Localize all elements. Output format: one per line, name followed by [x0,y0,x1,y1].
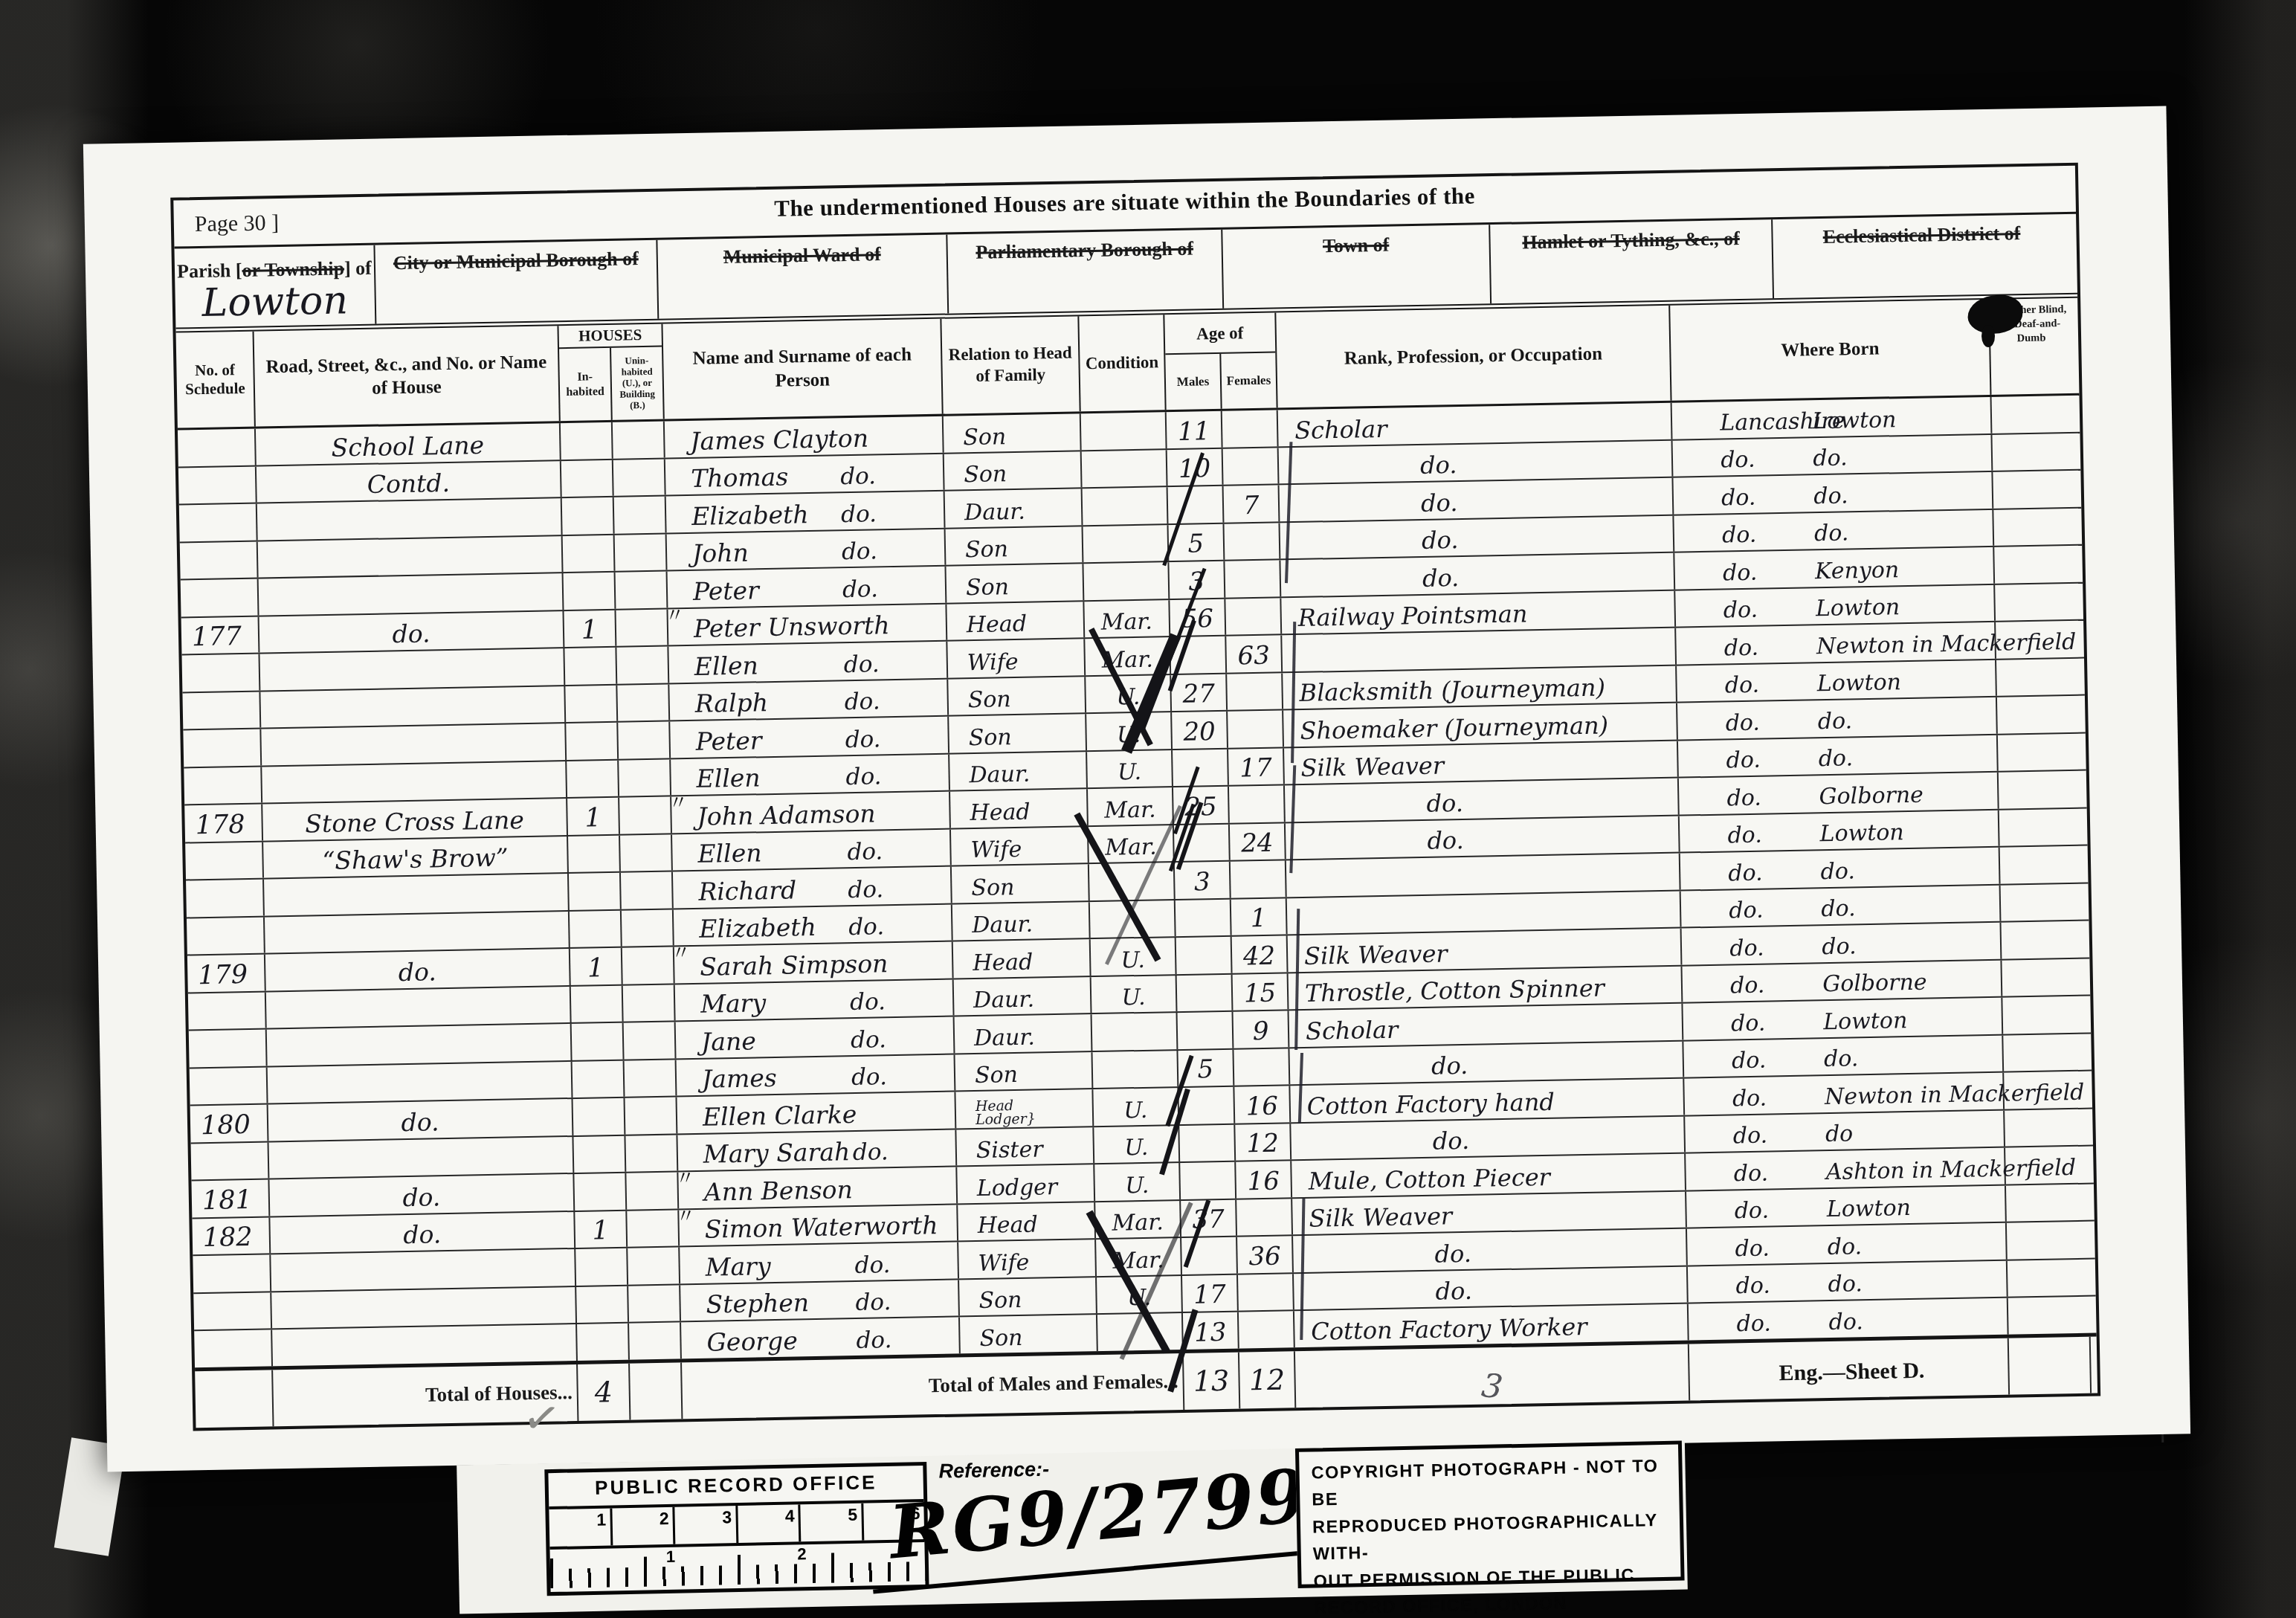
cell-age-female [1223,448,1280,485]
cell-born: do.do. [1678,735,1999,776]
cell-occupation: do. [1286,816,1680,859]
cell-name: 〃John Adamson [671,792,951,833]
cell-disability [1992,433,2074,471]
cell-road [266,986,572,1028]
cell-relation: Daur. [955,1014,1093,1053]
cell-age-male: 37 [1181,1199,1237,1237]
cell-uninhabited [626,1172,679,1209]
cell-uninhabited [617,684,670,721]
cell-relation: Wife [951,827,1089,866]
cell-occupation [1287,891,1682,934]
cell-uninhabited [616,609,668,646]
ruler-inches: 1 2 3 4 5 6 [549,1499,924,1547]
cell-road: Stone Cross Lane [262,799,568,840]
cell-disability [2001,883,2083,921]
cell-occupation: Silk Weaver [1288,929,1683,972]
margin-check-mark: ✓ [519,1390,564,1447]
cell-age-male: 3 [1169,561,1225,599]
cell-schedule: 181 [191,1179,270,1216]
cell-born: do.do. [1687,1223,2008,1265]
cell-occupation [1286,854,1681,897]
cell-born: do.do. [1688,1260,2008,1302]
cell-name: Georgedo. [681,1317,961,1358]
cell-relation: Son [959,1277,1097,1316]
ruler-cell: 3 [674,1506,738,1544]
cell-inhabited [576,1286,629,1323]
cell-relation: Head Lodger} [955,1089,1094,1128]
houses-group-label: HOUSES [558,324,662,349]
cell-condition [1092,1013,1178,1051]
cell-condition: U. [1097,1275,1183,1313]
cell-condition: Mar. [1096,1238,1182,1276]
cell-age-female: 12 [1235,1124,1291,1161]
cell-uninhabited [614,497,667,534]
cell-road [268,1061,573,1103]
cell-condition [1083,487,1169,525]
cell-disability [1992,396,2074,433]
cell-condition [1090,900,1176,938]
cell-relation: Wife [958,1240,1097,1278]
cell-relation: Daur. [949,752,1088,790]
cell-occupation [1282,628,1677,671]
cell-road [260,686,566,728]
cell-road: do. [269,1174,575,1216]
cell-road [264,874,570,915]
cell-uninhabited [627,1210,680,1247]
cell-age-male [1176,899,1232,936]
cell-name: Marydo. [675,979,955,1020]
column-header-born: Where Born [1670,300,1991,401]
census-table-frame: Page 30 ] The undermentioned Houses are … [170,163,2100,1431]
cell-condition: U. [1093,1088,1179,1126]
cell-condition: Mar. [1089,825,1175,863]
cell-age-male: 20 [1172,712,1228,749]
cell-occupation: do. [1280,478,1674,521]
column-header-schedule: No. of Schedule [176,332,256,428]
cell-occupation: Blacksmith (Journeyman) [1283,665,1677,709]
cell-occupation: do. [1285,779,1680,822]
cell-disability [1997,696,2080,734]
cell-relation: Wife [947,639,1086,677]
cell-schedule [178,466,257,503]
cell-road [261,723,567,765]
cell-age-male [1178,1012,1234,1049]
cell-relation: Son [955,1052,1094,1091]
cell-relation: Son [944,413,1082,452]
cell-disability [1999,771,2081,809]
cell-age-female: 36 [1237,1236,1294,1273]
cell-condition [1081,412,1167,450]
cell-age-female [1234,1048,1290,1086]
cell-schedule [193,1292,272,1329]
cell-uninhabited [618,721,671,758]
cell-age-female [1229,785,1286,822]
census-rows: School Lane James Clayton Son 11 Scholar… [178,396,2097,1367]
cell-schedule [191,1142,270,1179]
cell-schedule [181,579,259,616]
cell-born: do.do. [1677,697,1998,739]
age-group-label: Age of [1164,312,1275,353]
column-header-road: Road, Street, &c., and No. or Name of Ho… [254,326,561,426]
cell-born: do.do. [1673,434,1993,476]
cell-born: do.Lowton [1680,810,2000,851]
cell-name: 〃Simon Waterworth [679,1205,958,1245]
cell-relation: Son [948,677,1086,715]
column-header-condition: Condition [1079,315,1166,411]
census-page: Page 30 ] The undermentioned Houses are … [83,106,2190,1472]
cell-age-female [1227,673,1283,710]
cell-inhabited: 1 [567,798,620,835]
city-borough-cell: City or Municipal Borough of [375,240,659,324]
cell-schedule: 178 [184,805,263,842]
cell-disability [2000,846,2083,884]
cell-inhabited [563,535,616,572]
cell-relation: Head [947,602,1085,640]
cell-condition: U. [1091,976,1178,1013]
cell-occupation: do. [1280,553,1675,596]
cell-age-female: 24 [1230,823,1286,860]
cell-condition: Mar. [1085,637,1171,675]
cell-condition [1083,562,1170,600]
cell-disability [2004,1071,2086,1109]
cell-schedule [179,504,258,541]
cell-road: do. [268,1099,574,1141]
cell-age-female: 9 [1234,1011,1290,1048]
cell-age-male [1170,636,1227,674]
cell-uninhabited [625,1060,677,1097]
cell-inhabited [561,422,613,460]
cell-condition: Mar. [1095,1201,1181,1239]
cell-relation: Daur. [954,977,1092,1016]
cell-age-female [1225,598,1282,635]
cell-age-male: 25 [1173,787,1230,824]
cell-born: do.do. [1674,509,1994,551]
cell-schedule: 179 [187,955,266,992]
totals-empty [630,1362,683,1419]
cell-inhabited [567,760,619,797]
cell-born: do.Lowton [1677,660,1997,701]
cell-uninhabited [625,1097,678,1134]
totals-empty [2009,1336,2092,1394]
cell-inhabited [568,835,621,872]
cell-name: Jamesdo. [677,1054,956,1095]
cell-inhabited: 1 [564,610,616,647]
cell-age-female: 63 [1226,635,1283,672]
column-header-disability: Whether Blind, or Deaf-and-Dumb [1990,298,2073,395]
cell-inhabited [575,1248,628,1286]
cell-occupation: Railway Pointsman [1281,590,1676,634]
column-header-relation: Relation to Head of Family [941,316,1080,413]
cell-uninhabited [628,1247,680,1284]
cell-relation: Son [946,564,1084,602]
parish-value: Lowton [201,281,348,323]
cell-age-female: 16 [1234,1086,1291,1123]
column-header-houses-group: HOUSES In-habited Unin-habited (U.), or … [558,324,664,422]
cell-occupation: Scholar [1289,1004,1684,1047]
cell-born: do.Lowton [1683,998,2003,1040]
cell-occupation: Cotton Factory Worker [1294,1304,1689,1347]
cell-schedule [183,729,262,767]
cell-disability [1993,471,2075,509]
cell-age-male [1180,1162,1236,1199]
cell-occupation: do. [1294,1266,1689,1309]
column-header-males: Males [1165,354,1222,410]
cell-name: Elizabethdo. [666,491,946,532]
cell-condition: U. [1094,1126,1180,1164]
cell-schedule: 182 [192,1217,271,1254]
cell-schedule [178,429,257,466]
cell-condition [1097,1313,1184,1351]
cell-name: Ellen Clarke [677,1092,956,1133]
stamp-strip: PUBLIC RECORD OFFICE 1 2 3 4 5 6 1 2 Ref… [457,1440,1688,1614]
cell-name: Johndo. [667,529,947,570]
cell-disability [1999,808,2082,846]
cell-age-male: 3 [1175,862,1231,899]
pro-stamp-title: PUBLIC RECORD OFFICE [548,1466,923,1501]
cell-occupation: Scholar [1278,403,1673,446]
column-header-name: Name and Surname of each Person [662,319,943,419]
cell-occupation: do. [1280,515,1674,558]
cell-condition: Mar. [1084,600,1170,638]
parliamentary-borough-cell: Parliamentary Borough of [947,230,1224,314]
column-header-age-group: Age of Males Females [1164,312,1277,410]
cell-schedule [188,992,267,1029]
cell-road [267,1024,573,1066]
cell-age-female: 17 [1228,748,1285,785]
total-houses-value: 4 [578,1363,631,1420]
cell-relation: Son [960,1315,1098,1353]
cell-age-male [1181,1237,1238,1274]
cell-road: do. [259,611,565,653]
cell-road [269,1136,575,1178]
sheet-note: Eng.—Sheet D. [1779,1358,1924,1387]
cell-age-female: 1 [1231,898,1288,935]
cell-name: Ellendo. [671,754,950,795]
cell-disability [2006,1184,2089,1222]
cell-disability [1994,546,2077,584]
cell-age-female [1222,410,1279,447]
ecclesiastical-district-cell: Ecclesiastical District of [1773,214,2071,298]
cell-age-female [1239,1311,1295,1348]
cell-relation: Son [949,714,1087,752]
cell-condition: U. [1091,938,1177,976]
cell-inhabited [569,873,622,910]
cell-disability [2005,1147,2088,1185]
cell-condition [1082,450,1168,488]
total-males-value: 13 [1184,1352,1240,1409]
cell-born: do.Newton in Mackerfield [1676,622,1996,664]
cell-age-male: 10 [1167,448,1224,486]
cell-uninhabited [625,1135,678,1172]
cell-schedule [186,880,265,917]
cell-road [272,1324,578,1366]
cell-relation: Lodger [957,1164,1095,1203]
cell-age-male [1177,974,1234,1011]
cell-age-male [1179,1124,1236,1161]
cell-inhabited: 1 [570,948,623,985]
cell-uninhabited [629,1322,682,1359]
cell-age-female [1224,523,1280,560]
cell-occupation: do. [1279,440,1674,483]
cell-condition: U. [1086,712,1173,750]
cell-relation: Son [946,526,1084,565]
cell-inhabited [562,497,615,535]
cell-road: do. [265,949,571,990]
ruler-cell: 5 [800,1503,863,1542]
cell-age-male: 11 [1167,411,1223,448]
cell-uninhabited [613,422,665,459]
cell-road [257,498,563,540]
parish-cell: Parish [or Township] of Lowton [174,245,376,328]
cell-name: 〃Ann Benson [678,1167,958,1208]
cell-condition: U. [1086,675,1172,713]
cell-born: do.do. [1680,848,2001,889]
cell-born: do.Golborne [1682,960,2002,1002]
cell-uninhabited [621,871,674,909]
cell-relation: Daur. [945,489,1083,527]
cell-inhabited [564,573,616,610]
cell-uninhabited [619,759,671,796]
cell-age-male: 17 [1182,1274,1239,1312]
cell-uninhabited [628,1285,681,1322]
cell-relation: Daur. [952,902,1091,941]
cell-schedule [185,842,264,879]
cell-inhabited [564,648,617,685]
cell-road: Contd. [257,461,562,503]
cell-inhabited [573,1135,626,1173]
total-females-value: 12 [1239,1351,1296,1408]
cell-uninhabited [616,647,669,684]
cell-occupation: Mule, Cotton Piecer [1291,1154,1686,1197]
cell-schedule: 177 [181,616,260,654]
cell-age-male: 56 [1170,599,1226,636]
cell-disability [1996,658,2079,696]
cell-road [265,912,570,953]
cell-born: do.do. [1682,923,2002,964]
cell-age-female: 15 [1233,973,1289,1011]
cell-inhabited [577,1324,630,1361]
cell-age-female [1231,860,1287,897]
cell-age-male [1173,749,1229,786]
cell-occupation: Shoemaker (Journeyman) [1283,703,1678,747]
cell-age-male [1174,824,1231,861]
cell-age-male: 13 [1183,1312,1239,1350]
cell-uninhabited [616,572,668,609]
cell-schedule: 180 [190,1104,269,1141]
cell-age-male [1168,486,1225,523]
cell-name: Richarddo. [673,867,952,908]
cell-road [259,573,564,615]
ruler-centimetres: 1 2 [549,1539,925,1588]
cell-relation: Son [952,864,1090,903]
cell-uninhabited [620,834,673,871]
totals-empty [195,1370,274,1428]
column-header-occupation: Rank, Profession, or Occupation [1276,306,1671,408]
cell-relation: Sister [956,1127,1094,1166]
cell-name: Stephendo. [680,1280,960,1321]
cell-condition [1083,525,1170,563]
cell-disability [2007,1222,2089,1260]
cell-road [271,1249,576,1291]
cell-name: Ralphdo. [669,679,949,720]
cell-disability [2003,1034,2086,1071]
cell-uninhabited [615,534,668,571]
cell-schedule [194,1329,273,1367]
cell-relation: Head [958,1202,1096,1241]
cell-occupation: do. [1293,1229,1688,1272]
hamlet-cell: Hamlet or Tything, &c., of [1490,219,1774,303]
cell-inhabited [571,985,624,1022]
cell-born: do.do [1685,1110,2005,1152]
cell-age-female: 42 [1232,935,1289,973]
cell-inhabited [561,460,614,497]
cell-age-male [1178,1087,1235,1124]
cell-disability [2002,996,2085,1034]
cell-inhabited [573,1098,626,1135]
cell-name: 〃Sarah Simpson [674,942,954,983]
ruler-cell: 2 [612,1507,675,1546]
cell-disability [1996,621,2078,659]
copyright-stamp: COPYRIGHT PHOTOGRAPH - NOT TO BE REPRODU… [1295,1441,1685,1588]
cell-disability [2005,1109,2087,1147]
cell-condition: Mar. [1088,787,1174,825]
cell-name: James Clayton [665,416,944,457]
cell-name: 〃Peter Unsworth [668,604,947,645]
cell-born: do.do. [1673,472,1993,514]
cell-disability [1993,508,2076,546]
cell-born: do.Lowton [1675,584,1996,626]
cell-age-female: 7 [1224,485,1280,522]
cell-age-male [1176,937,1233,974]
cell-inhabited: 1 [575,1211,628,1248]
cell-schedule [180,541,259,578]
cell-schedule [184,767,262,804]
cell-uninhabited [623,984,676,1022]
cell-relation: Head [953,939,1091,978]
cell-born: do.Newton in Mackerfield [1684,1073,2005,1115]
cell-name: Peterdo. [668,567,947,607]
cell-age-female [1225,560,1281,597]
cell-age-male: 27 [1171,674,1228,711]
cell-schedule [182,692,261,729]
cell-schedule [187,917,265,954]
cell-road [259,648,565,690]
cell-road: “Shaw's Brow” [263,837,569,878]
cell-condition: U. [1094,1163,1181,1201]
cell-disability [2001,921,2083,959]
cell-road [262,761,567,803]
cell-schedule [190,1067,268,1104]
cell-name: Ellendo. [668,642,948,683]
cell-relation: Son [944,451,1083,490]
cell-road [271,1286,577,1328]
cell-born: do.Golborne [1679,773,1999,814]
ruler-cell: 4 [738,1504,801,1543]
cell-road: School Lane [256,423,561,465]
cell-disability [2008,1259,2090,1297]
column-header-inhabited: In-habited [559,348,613,421]
cell-disability [1998,733,2080,771]
cell-occupation: Cotton Factory hand [1290,1079,1685,1122]
cell-disability [2008,1297,2091,1335]
cell-uninhabited [613,459,666,496]
cell-name: Peterdo. [670,717,949,758]
cell-inhabited [566,723,619,760]
cell-born: LancashireLowton [1672,397,1993,439]
cell-born: do.Kenyon [1674,547,1995,589]
cell-disability [1995,583,2077,621]
cell-age-female [1228,710,1284,747]
